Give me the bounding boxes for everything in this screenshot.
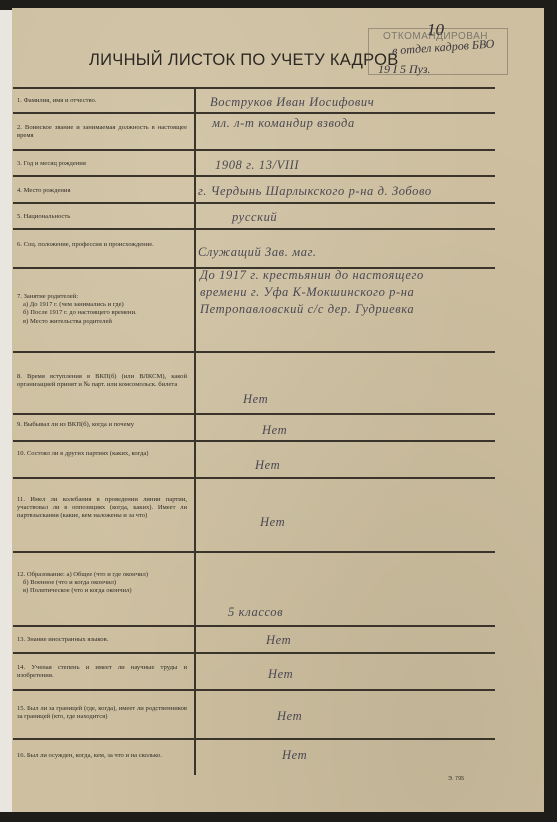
column-divider: [194, 88, 196, 775]
field-label-4: 4. Место рождения: [17, 187, 187, 195]
row-rule: [13, 413, 495, 415]
row-rule: [13, 440, 495, 442]
page-title: ЛИЧНЫЙ ЛИСТОК ПО УЧЕТУ КАДРОВ: [89, 51, 399, 70]
answer-other-parties: Нет: [255, 458, 280, 473]
field-label-5: 5. Национальность: [17, 213, 187, 221]
form-code: Э. 795: [448, 776, 464, 782]
row-rule: [13, 351, 495, 353]
field-label-1: 1. Фамилия, имя и отчество.: [17, 97, 187, 105]
field-label-16: 16. Был ли осужден, когда, кем, за что и…: [17, 752, 187, 760]
field-label-14: 14. Ученая степень и имеет ли научные тр…: [17, 664, 187, 680]
answer-birthplace: г. Чердынь Шарлыкского р-на д. Зобово: [198, 184, 432, 199]
row-rule: [13, 652, 495, 654]
row-rule: [13, 689, 495, 691]
field-label-12b: б) Военное (что и когда окончил): [17, 579, 187, 587]
row-rule: [13, 625, 495, 627]
answer-abroad: Нет: [277, 709, 302, 724]
answer-party-join: Нет: [243, 392, 268, 407]
answer-academic: Нет: [268, 667, 293, 682]
header-rule: [13, 87, 495, 89]
field-label-9: 9. Выбывал ли из ВКП(б), когда и почему: [17, 421, 187, 429]
field-label-7-title: 7. Занятие родителей:: [17, 293, 78, 300]
answer-parents-line2: времени г. Уфа К-Мокшинского р-на: [200, 285, 414, 300]
stamp-number: 10: [427, 20, 444, 40]
answer-parents-line3: Петропавловский с/с дер. Гудриевка: [200, 302, 414, 317]
field-label-3: 3. Год и месяц рождения: [17, 160, 187, 168]
field-label-13: 13. Знание иностранных языков.: [17, 636, 187, 644]
field-label-15: 15. Был ли за границей (где, когда), име…: [17, 705, 187, 721]
answer-rank-position: мл. л-т командир взвода: [212, 116, 355, 131]
field-label-7c: в) Место жительства родителей: [17, 318, 187, 326]
field-label-11: 11. Имел ли колебания в проведении линии…: [17, 496, 187, 521]
row-rule: [13, 112, 495, 114]
row-rule: [13, 738, 495, 740]
row-rule: [13, 202, 495, 204]
field-label-12-title: 12. Образование: а) Общее (что и где око…: [17, 571, 148, 578]
answer-languages: Нет: [266, 633, 291, 648]
answer-convicted: Нет: [282, 748, 307, 763]
field-label-6: 6. Соц. положение, профессия и происхожд…: [17, 241, 187, 249]
field-label-7b: б) После 1917 г. до настоящего времени.: [17, 309, 187, 317]
answer-party-left: Нет: [262, 423, 287, 438]
answer-social-status: Служащий Зав. маг.: [198, 245, 317, 260]
row-rule: [13, 551, 495, 553]
field-label-12: 12. Образование: а) Общее (что и где око…: [17, 571, 187, 596]
scanner-margin: [0, 10, 12, 812]
stamp-note-line2: 19 I 5 Пуз.: [378, 62, 431, 77]
row-rule: [13, 175, 495, 177]
field-label-12c: в) Политическое (что и когда окончил): [17, 587, 187, 595]
row-rule: [13, 477, 495, 479]
field-label-7: 7. Занятие родителей: а) До 1917 г. (чем…: [17, 293, 187, 326]
answer-birth-date: 1908 г. 13/VIII: [215, 158, 299, 173]
answer-education: 5 классов: [228, 605, 283, 620]
answer-parents-line1: До 1917 г. крестьянин до настоящего: [200, 268, 424, 283]
field-label-10: 10. Состоял ли в других партиях (каких, …: [17, 450, 187, 458]
row-rule: [13, 149, 495, 151]
row-rule: [13, 228, 495, 230]
answer-party-line: Нет: [260, 515, 285, 530]
field-label-7a: а) До 1917 г. (чем занимались и где): [17, 301, 187, 309]
answer-nationality: русский: [232, 210, 277, 225]
field-label-2: 2. Воинское звание и занимаемая должност…: [17, 124, 187, 140]
answer-full-name: Воструков Иван Иосифович: [210, 95, 374, 110]
field-label-8: 8. Время вступления в ВКП(б) (или ВЛКСМ)…: [17, 373, 187, 389]
